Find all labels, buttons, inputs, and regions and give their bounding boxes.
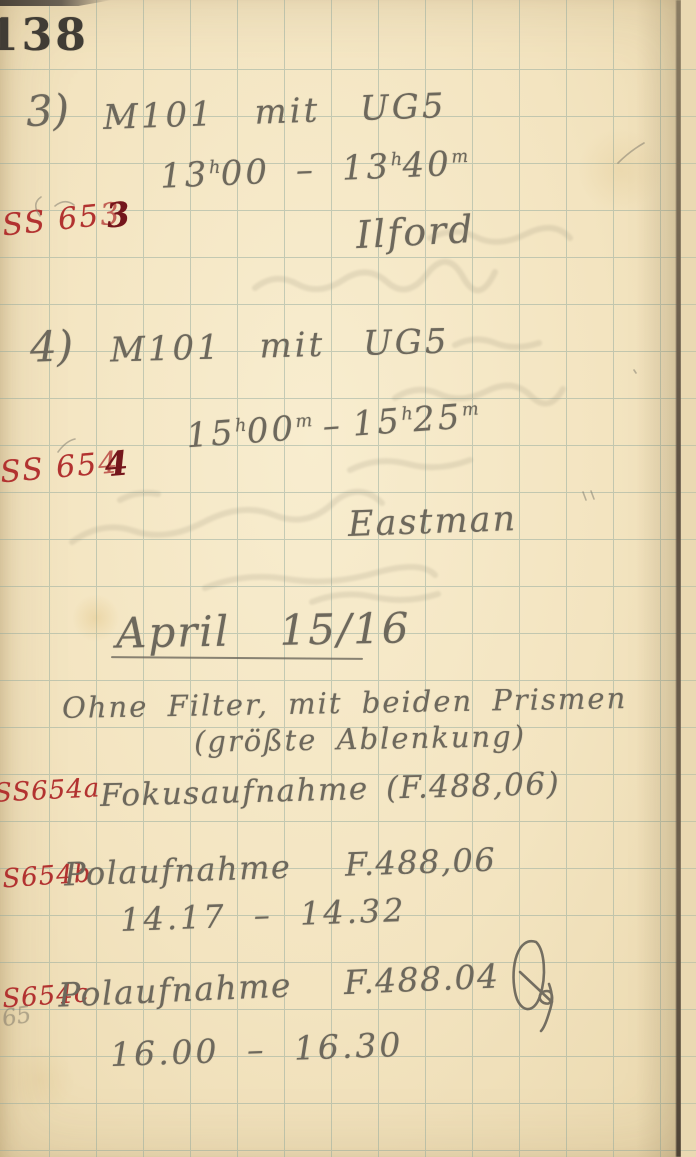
time-start-min: 00 (220, 152, 271, 194)
entry-3-target: M101 mit UG5 (102, 86, 447, 138)
note-line-1: Ohne Filter, mit beiden Prismen (62, 681, 628, 725)
page-curl-shadow (636, 0, 676, 1157)
minute-symbol: m (295, 411, 313, 432)
entry-4-number: 4) (29, 321, 74, 371)
obs-c-time: 16.00 – 16.30 (109, 1025, 404, 1074)
time-start-hour: 15 (185, 413, 237, 456)
obs-a-text: Fokusaufnahme (F.488,06) (100, 766, 561, 814)
hour-symbol: h (390, 150, 402, 170)
entry-3-plate: Ilford (355, 207, 476, 257)
time-end-hour: 15 (351, 401, 403, 444)
series-label-ss654: SS 6544 (0, 445, 127, 491)
time-start-min: 00 (245, 409, 297, 452)
notebook-page: 138 3) M101 mit UG5 13h00–13h40m SS 6533… (0, 0, 696, 1157)
page-number: 138 (0, 10, 89, 61)
date-heading: April 15/16 (116, 603, 411, 657)
series-label-ss653: SS 6533 (1, 196, 129, 244)
heading-underline (111, 656, 363, 660)
entry-4-plate: Eastman (347, 499, 517, 545)
time-end-hour: 13 (341, 147, 392, 189)
time-dash: – (311, 405, 354, 448)
pencil-ghost-number: 65 (0, 1002, 33, 1033)
obs-b-time: 14.17 – 14.32 (119, 891, 407, 939)
series-label-ss654a: SS654a (0, 773, 101, 809)
entry-4-time: 15h00m–15h25m (185, 396, 480, 456)
hour-symbol: h (209, 158, 221, 178)
entry-4-target: M101 mit UG5 (110, 322, 450, 371)
obs-c-text: Polaufnahme F.488.04 (57, 956, 500, 1014)
entry-3-number: 3) (25, 85, 71, 136)
time-end-min: 40 (402, 144, 453, 186)
note-line-2: (größte Ablenkung) (194, 719, 527, 759)
minute-symbol: m (451, 147, 469, 168)
obs-b-text: Polaufnahme F.488,06 (63, 840, 496, 893)
overwritten-digit-bold: 3 (105, 195, 135, 237)
time-end-min: 25 (412, 397, 464, 440)
next-page-edge (681, 0, 696, 1157)
binding-edge-top (0, 0, 112, 6)
overwritten-digit-bold: 4 (103, 444, 132, 485)
time-dash: – (269, 149, 343, 192)
minute-symbol: m (461, 399, 479, 420)
entry-3-time: 13h00–13h40m (159, 143, 469, 196)
time-start-hour: 13 (159, 155, 210, 197)
